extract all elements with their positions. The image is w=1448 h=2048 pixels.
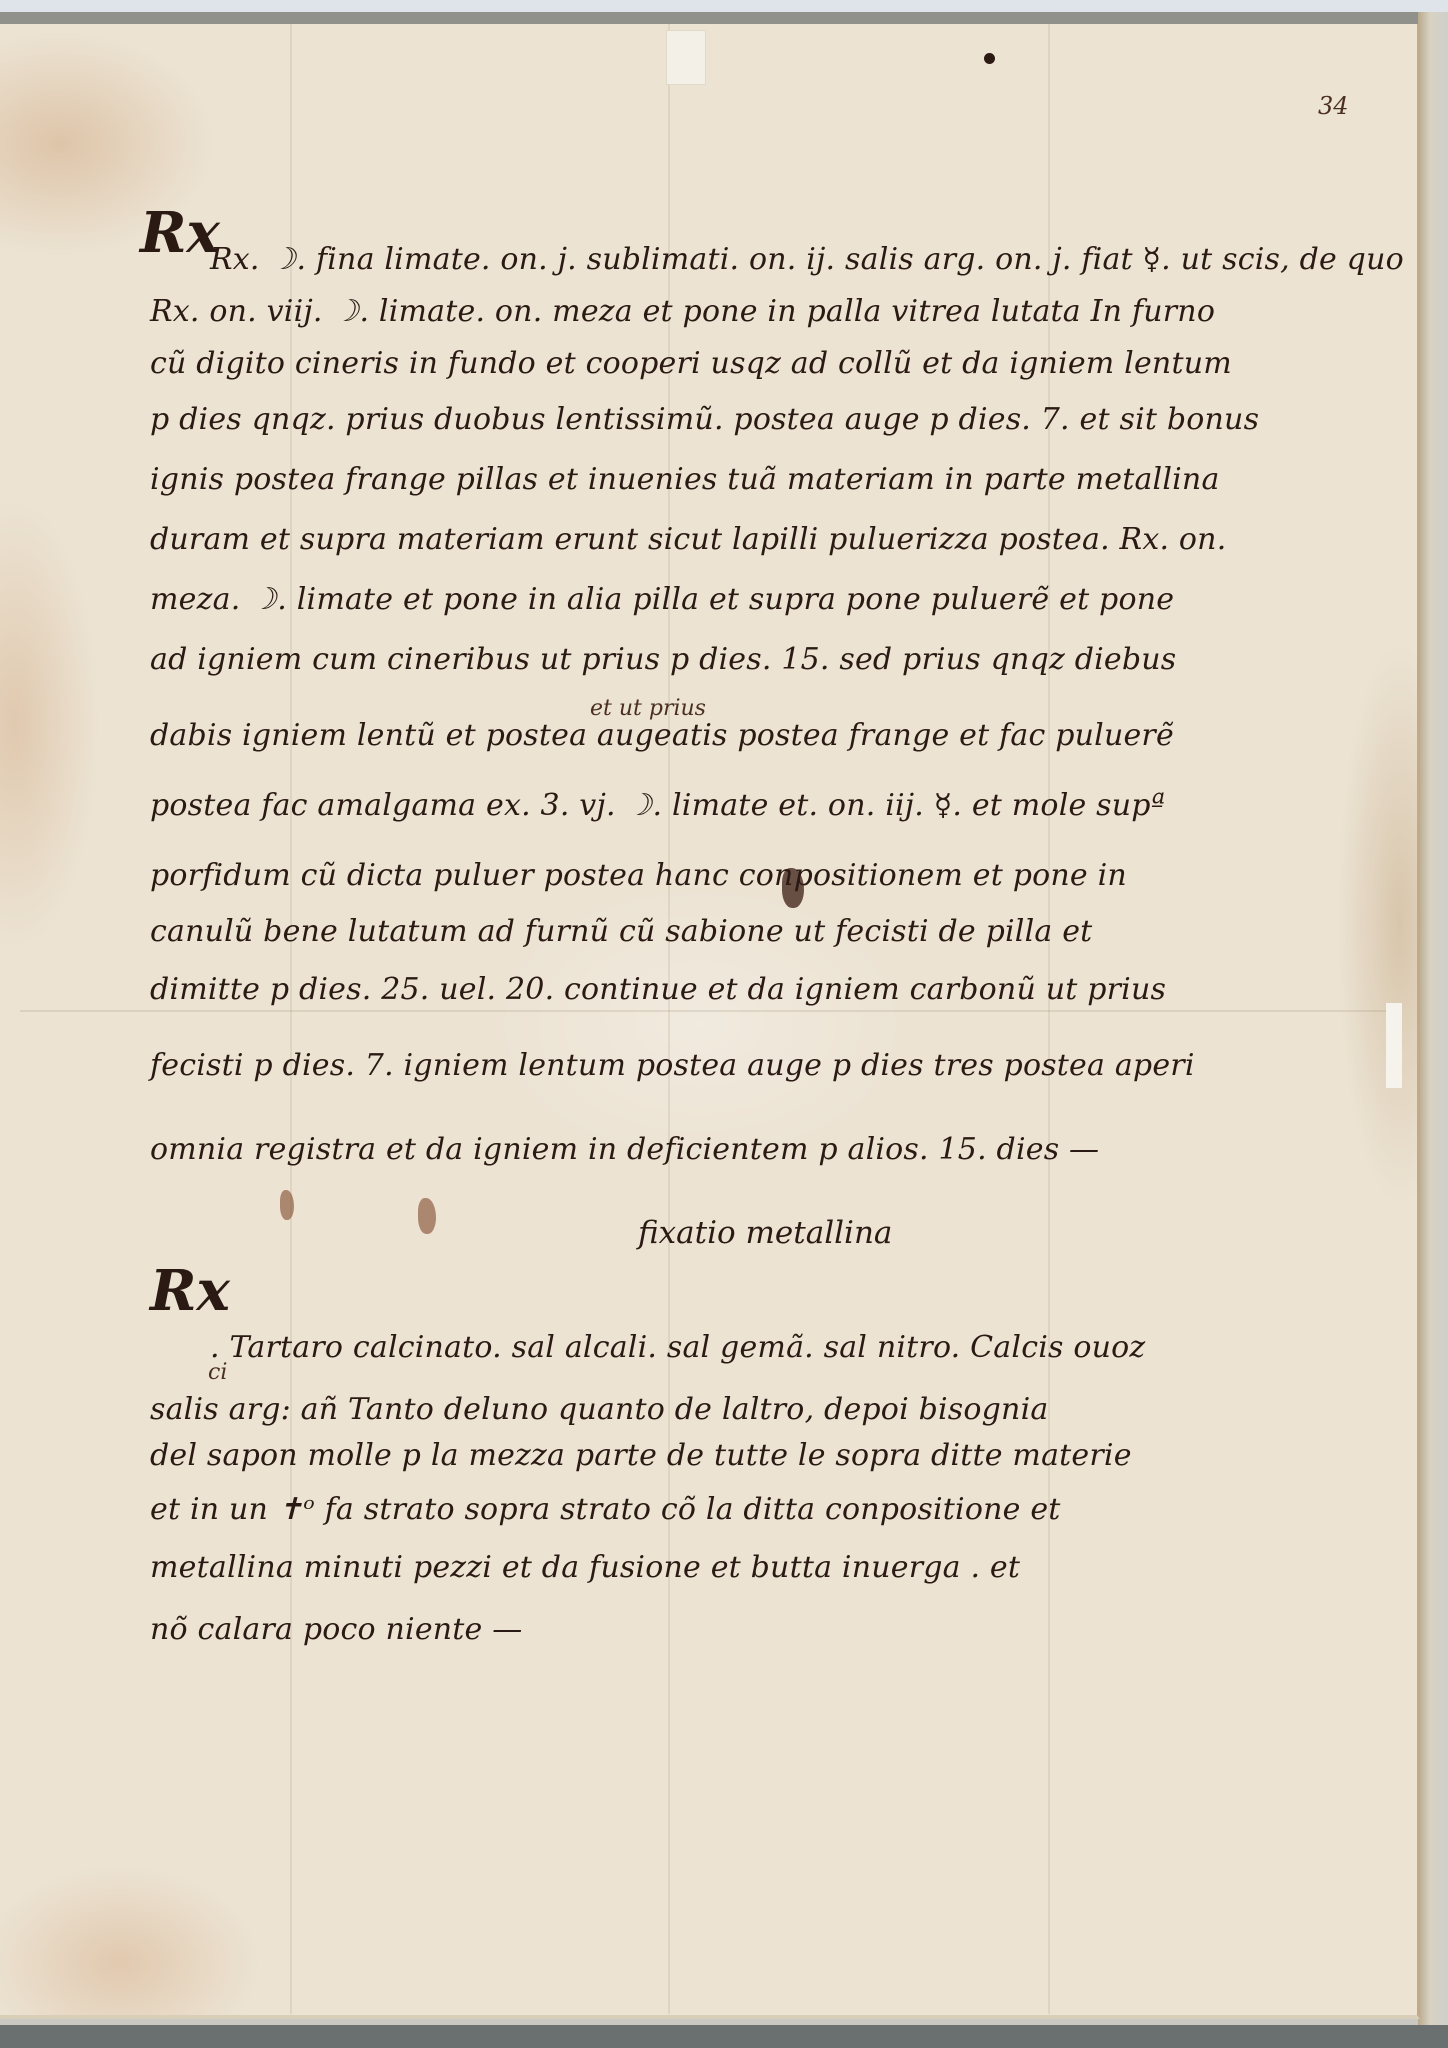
- ink-stain: [280, 1190, 294, 1220]
- interlinear-insertion: et ut prius: [590, 696, 706, 721]
- text-line: Rx. on. viij. ☽. limate. on. meza et pon…: [150, 292, 1215, 332]
- text-line: omnia registra et da igniem in deficient…: [150, 1130, 1099, 1170]
- binding-board-bottom: [0, 2025, 1448, 2048]
- recipe-mark: Rx: [140, 200, 220, 266]
- section-heading: fixatio metallina: [638, 1215, 892, 1251]
- scanner-background: [0, 0, 1448, 12]
- fold-crease: [20, 1010, 1400, 1012]
- text-line: nõ calara poco niente —: [150, 1610, 522, 1650]
- folio-number: 34: [1318, 92, 1349, 120]
- text-line: et in un ✝ᵒ fa strato sopra strato cõ la…: [150, 1490, 1061, 1530]
- recipe-mark: Rx: [150, 1258, 230, 1324]
- text-line: cũ digito cineris in fundo et cooperi us…: [150, 344, 1232, 384]
- text-line: porfidum cũ dicta puluer postea hanc con…: [150, 856, 1127, 896]
- text-line: p dies qnqz. prius duobus lentissimũ. po…: [150, 400, 1259, 440]
- text-line: ignis postea frange pillas et inuenies t…: [150, 460, 1220, 500]
- text-line: duram et supra materiam erunt sicut lapi…: [150, 520, 1226, 560]
- text-line: dimitte p dies. 25. uel. 20. continue et…: [150, 970, 1166, 1010]
- text-line: postea fac amalgama ex. 3. vj. ☽. limate…: [150, 786, 1165, 826]
- text-line: del sapon molle p la mezza parte de tutt…: [150, 1436, 1132, 1476]
- text-line: canulũ bene lutatum ad furnũ cũ sabione …: [150, 912, 1092, 952]
- text-line: ad igniem cum cineribus ut prius p dies.…: [150, 640, 1176, 680]
- text-line: metallina minuti pezzi et da fusione et …: [150, 1548, 1020, 1588]
- ink-spot: [984, 53, 995, 64]
- text-line: salis arg: añ Tanto deluno quanto de lal…: [150, 1390, 1048, 1430]
- binding-board-right: [1418, 12, 1448, 2048]
- text-line: Rx. ☽. fina limate. on. j. sublimati. on…: [210, 240, 1404, 280]
- repair-tape: [1386, 1003, 1402, 1088]
- text-line: dabis igniem lentũ et postea augeatis po…: [150, 716, 1174, 756]
- text-line: . Tartaro calcinato. sal alcali. sal gem…: [210, 1328, 1145, 1368]
- text-line: meza. ☽. limate et pone in alia pilla et…: [150, 580, 1174, 620]
- text-line: fecisti p dies. 7. igniem lentum postea …: [150, 1046, 1195, 1086]
- repair-tape: [666, 30, 706, 85]
- ink-stain: [418, 1198, 436, 1234]
